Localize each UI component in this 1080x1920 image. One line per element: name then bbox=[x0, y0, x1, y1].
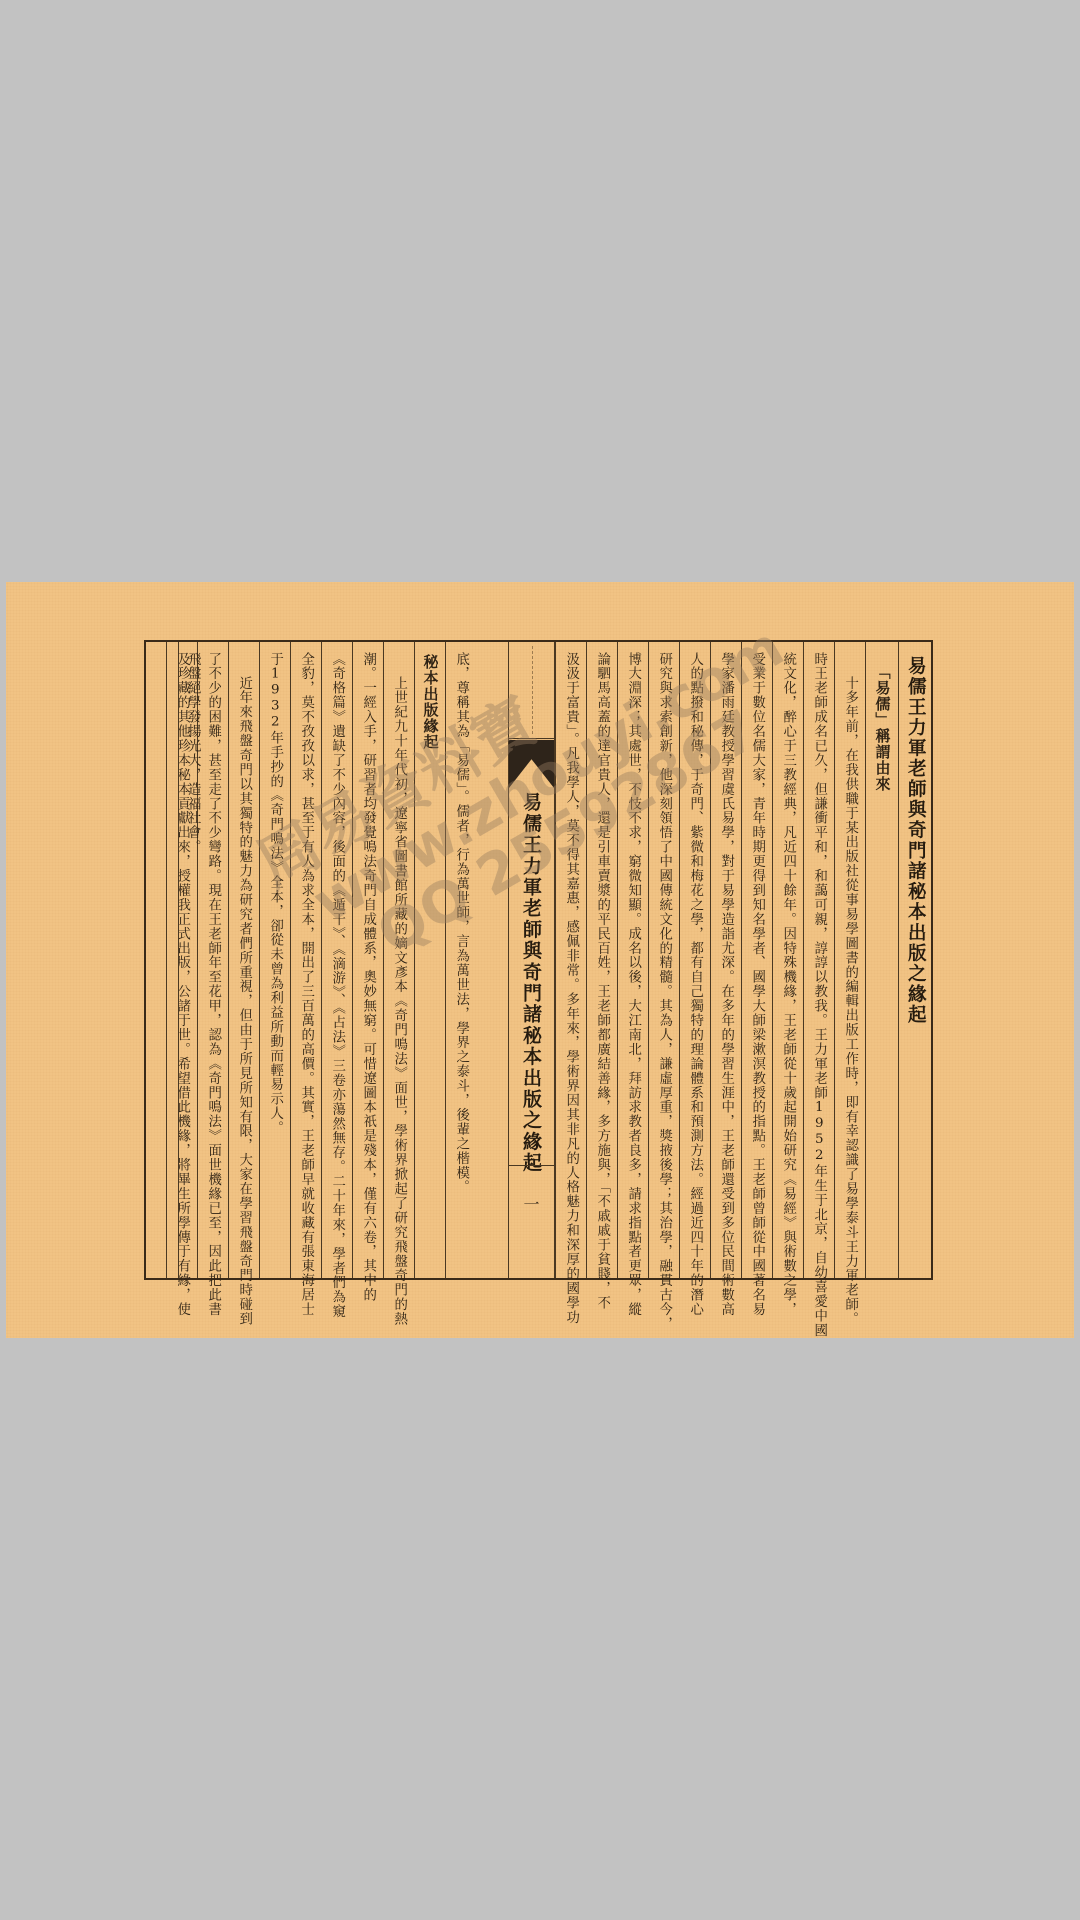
text-column: 時王老師成名已久，但謙衝平和，和藹可親，諄諄以教我。王力軍老師1952年生于北京… bbox=[803, 642, 834, 1278]
paragraph-line: 研究與求索創新，他深刻領悟了中國傳統文化的精髓。其為人，謙虛厚重，獎掖後學；其治… bbox=[657, 652, 670, 1331]
paragraph-line: 近年來飛盤奇門以其獨特的魅力為研究者們所重視，但由于所見所知有限，大家在學習飛盤… bbox=[237, 676, 250, 1326]
page-number: 一 bbox=[523, 1192, 539, 1215]
section-heading-secret-books: 秘本出版緣起 bbox=[423, 654, 438, 750]
text-column: 學家潘雨廷教授學習虞氏易學，對于易學造詣尤深。在多年的學習生涯中，王老師還受到多… bbox=[710, 642, 741, 1278]
text-column: 近年來飛盤奇門以其獨特的魅力為研究者們所重視，但由于所見所知有限，大家在學習飛盤… bbox=[228, 642, 259, 1278]
paragraph-line: 了不少的困難，甚至走了不少彎路。現在王老師年至花甲，認為《奇門鳴法》面世機緣已至… bbox=[206, 652, 219, 1317]
text-column: 潮。一經入手，研習者均發覺鳴法奇門自成體系，奧妙無窮。可惜遼圖本祇是殘本，僅有六… bbox=[352, 642, 383, 1278]
text-column: 研究與求索創新，他深刻領悟了中國傳統文化的精髓。其為人，謙虛厚重，獎掖後學；其治… bbox=[648, 642, 679, 1278]
paragraph-line: 上世紀九十年代初，遼寧省圖書館所藏的嫡文彥本《奇門鳴法》面世，學術界掀起了研究飛… bbox=[392, 676, 405, 1326]
fold-top-box bbox=[509, 642, 554, 739]
paragraph-line: 底，尊稱其為「易儒」。儒者，行為萬世師，言為萬世法，學界之泰斗，後輩之楷模。 bbox=[454, 652, 467, 1194]
paragraph-line: 《奇格篇》遺缺了不少內容，後面的《遁干》、《滴游》、《占法》三卷亦蕩然無存。二十… bbox=[330, 652, 343, 1319]
section-heading-column: 「易儒」稱謂由來 bbox=[865, 642, 898, 1278]
text-column: 汲汲于富貴」。凡我學人，莫不得其嘉惠，感佩非常。多年來，學術界因其非凡的人格魅力… bbox=[555, 642, 586, 1278]
text-column: 上世紀九十年代初，遼寧省圖書館所藏的嫡文彥本《奇門鳴法》面世，學術界掀起了研究飛… bbox=[383, 642, 414, 1278]
main-title: 易儒王力軍老師與奇門諸秘本出版之緣起 bbox=[906, 656, 925, 1025]
paragraph-line: 博大淵深；其處世，不忮不求，窮微知顯。成名以後，大江南北，拜訪求教者良多，請求指… bbox=[626, 652, 639, 1317]
text-column bbox=[135, 642, 166, 1278]
blank-column bbox=[476, 642, 508, 1278]
text-column: 人的點撥和秘傳，于奇門、紫微和梅花之學，都有自己獨特的理論體系和預測方法。經過近… bbox=[679, 642, 710, 1278]
paragraph-line: 學家潘雨廷教授學習虞氏易學，對于易學造詣尤深。在多年的學習生涯中，王老師還受到多… bbox=[719, 652, 732, 1317]
fish-tail-ribbon-icon bbox=[509, 740, 554, 788]
title-column: 易儒王力軍老師與奇門諸秘本出版之緣起 bbox=[898, 642, 931, 1278]
paragraph-line: 受業于數位名儒大家，青年時期更得到知名學者、國學大師梁漱溟教授的指點。王老師曾師… bbox=[750, 652, 763, 1317]
paragraph-line: 統文化，醉心于三教經典，凡近四十餘年。因特殊機緣，王老師從十歲起開始研究《易經》… bbox=[781, 652, 794, 1317]
paragraph-line: 飛盤絕學發揚光大，造福社會。 bbox=[186, 652, 199, 854]
text-column: 飛盤絕學發揚光大，造福社會。 bbox=[178, 642, 206, 1278]
paragraph-line: 于1932年手抄的《奇門鳴法》全本，卻從未曾為利益所動而輕易示人。 bbox=[268, 652, 281, 1135]
text-column: 《奇格篇》遺缺了不少內容，後面的《遁干》、《滴游》、《占法》三卷亦蕩然無存。二十… bbox=[321, 642, 352, 1278]
paragraph-line: 論駟馬高蓋的達官貴人，還是引車賣漿的平民百姓，王老師都廣結善緣，多方施與，「不戚… bbox=[595, 652, 608, 1310]
text-frame: 易儒王力軍老師與奇門諸秘本出版之緣起 「易儒」稱謂由來 十多年前，在我供職于某出… bbox=[144, 640, 933, 1280]
text-column: 于1932年手抄的《奇門鳴法》全本，卻從未曾為利益所動而輕易示人。 bbox=[259, 642, 290, 1278]
paragraph-line: 時王老師成名已久，但謙衝平和，和藹可親，諄諄以教我。王力軍老師1952年生于北京… bbox=[812, 652, 825, 1338]
text-column: 論駟馬高蓋的達官貴人，還是引車賣漿的平民百姓，王老師都廣結善緣，多方施與，「不戚… bbox=[586, 642, 617, 1278]
text-column: 全豹，莫不孜孜以求，甚至于有人為求全本，開出了三百萬的高價。其實，王老師早就收藏… bbox=[290, 642, 321, 1278]
paragraph-line: 潮。一經入手，研習者均發覺鳴法奇門自成體系，奧妙無窮。可惜遼圖本祇是殘本，僅有六… bbox=[361, 652, 374, 1302]
text-column: 統文化，醉心于三教經典，凡近四十餘年。因特殊機緣，王老師從十歲起開始研究《易經》… bbox=[772, 642, 803, 1278]
section-heading-yiru: 「易儒」稱謂由來 bbox=[875, 664, 890, 792]
fold-dash-line bbox=[532, 646, 533, 734]
fold-title: 易儒王力軍老師與奇門諸秘本出版之緣起 bbox=[518, 792, 545, 1174]
scanned-book-page: 易儒王力軍老師與奇門諸秘本出版之緣起 「易儒」稱謂由來 十多年前，在我供職于某出… bbox=[6, 582, 1074, 1338]
paragraph-line: 全豹，莫不孜孜以求，甚至于有人為求全本，開出了三百萬的高價。其實，王老師早就收藏… bbox=[299, 652, 312, 1317]
fold-bottom-box: 一 bbox=[509, 1165, 554, 1278]
paragraph-line: 人的點撥和秘傳，于奇門、紫微和梅花之學，都有自己獨特的理論體系和預測方法。經過近… bbox=[688, 652, 701, 1317]
center-fold: 易儒王力軍老師與奇門諸秘本出版之緣起 一 bbox=[508, 642, 555, 1278]
section-heading-column: 秘本出版緣起 bbox=[414, 642, 445, 1278]
paragraph-line: 汲汲于富貴」。凡我學人，莫不得其嘉惠，感佩非常。多年來，學術界因其非凡的人格魅力… bbox=[564, 652, 577, 1324]
text-column: 受業于數位名儒大家，青年時期更得到知名學者、國學大師梁漱溟教授的指點。王老師曾師… bbox=[741, 642, 772, 1278]
text-column: 十多年前，在我供職于某出版社從事易學圖書的編輯出版工作時，即有幸認識了易學泰斗王… bbox=[834, 642, 865, 1278]
paragraph-line: 十多年前，在我供職于某出版社從事易學圖書的編輯出版工作時，即有幸認識了易學泰斗王… bbox=[843, 676, 856, 1326]
text-column: 博大淵深；其處世，不忮不求，窮微知顯。成名以後，大江南北，拜訪求教者良多，請求指… bbox=[617, 642, 648, 1278]
text-column: 底，尊稱其為「易儒」。儒者，行為萬世師，言為萬世法，學界之泰斗，後輩之楷模。 bbox=[445, 642, 476, 1278]
